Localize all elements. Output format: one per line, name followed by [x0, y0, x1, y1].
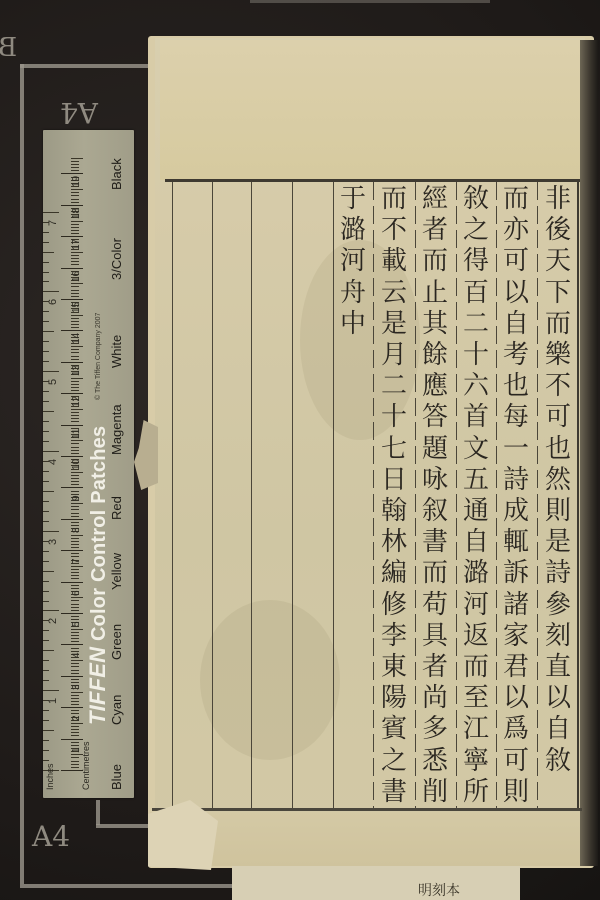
ruler-tick — [71, 663, 79, 664]
ruler-inch-tick — [43, 511, 49, 512]
glyph: 輒 — [497, 527, 535, 558]
glyph: 每 — [497, 402, 535, 433]
ruler-tick — [71, 440, 83, 441]
book-spine-shadow — [580, 40, 598, 866]
ruler-inch-number: 4 — [47, 459, 59, 465]
glyph: 首 — [457, 402, 495, 433]
tiffen-color-ruler: 123456789101112131415161718191234567 TIF… — [43, 130, 134, 798]
ruler-tick — [71, 641, 79, 642]
glyph: 二 — [457, 309, 495, 340]
ruler-tick — [71, 450, 79, 451]
ruler-tick — [71, 569, 79, 570]
glyph: 訴 — [497, 558, 535, 589]
ruler-tick — [71, 698, 79, 699]
glyph: 詩 — [497, 465, 535, 496]
ruler-inch-tick — [43, 291, 59, 292]
glyph: 寧 — [457, 746, 495, 777]
ruler-tick — [71, 695, 79, 696]
glyph: 君 — [497, 652, 535, 683]
glyph: 者 — [416, 215, 454, 246]
ruler-cm-number: 13 — [71, 365, 82, 376]
glyph: 以 — [497, 278, 535, 309]
glyph: 可 — [497, 746, 535, 777]
ruler-tick — [71, 572, 79, 573]
ruler-tick — [71, 421, 79, 422]
ruler-tick — [71, 723, 83, 724]
ruler-tick — [71, 478, 79, 479]
ruler-tick — [61, 173, 83, 174]
ruler-copyright: © The Tiffen Company 2007 — [95, 313, 102, 400]
glyph: 得 — [457, 246, 495, 277]
ruler-inch-number: 5 — [47, 379, 59, 385]
ruler-inch-tick — [43, 232, 49, 233]
ruler-inch-tick — [43, 421, 49, 422]
ruler-cm-number: 15 — [71, 302, 82, 313]
patch-label-magenta: Magenta — [109, 404, 124, 455]
ruler-inch-tick — [43, 501, 49, 502]
ruler-tick — [71, 378, 83, 379]
mat-label-b: B — [0, 33, 17, 63]
ruler-cm-number: 6 — [71, 590, 82, 596]
ruler-tick — [61, 236, 83, 237]
glyph: 之 — [375, 746, 413, 777]
ruler-inch-tick — [43, 341, 49, 342]
glyph: 而 — [497, 184, 535, 215]
column-rule — [172, 182, 173, 808]
ruler-tick — [71, 202, 79, 203]
ruler-tick — [61, 644, 83, 645]
ruler-tick — [71, 535, 83, 536]
ruler-tick — [61, 425, 83, 426]
glyph: 一 — [497, 434, 535, 465]
glyph: 刻 — [539, 621, 577, 652]
glyph: 也 — [539, 434, 577, 465]
ruler-inch-tick — [43, 740, 49, 741]
ruler-cm-number: 14 — [71, 333, 82, 344]
column-rule — [212, 182, 213, 808]
ruler-tick — [61, 613, 83, 614]
ruler-tick — [61, 330, 83, 331]
ruler-inch-tick — [43, 680, 49, 681]
glyph: 悉 — [416, 746, 454, 777]
ruler-tick — [71, 472, 83, 473]
glyph: 之 — [457, 215, 495, 246]
glyph: 河 — [457, 590, 495, 621]
mat-guide-line-top — [20, 64, 155, 68]
ruler-tick — [71, 761, 79, 762]
glyph: 林 — [375, 527, 413, 558]
mat-guide-line-top-edge — [250, 0, 490, 3]
mat-guide-line-left — [20, 64, 24, 884]
glyph: 咏 — [416, 465, 454, 496]
ruler-tick — [71, 255, 79, 256]
glyph: 敘 — [457, 184, 495, 215]
text-column-3: 敘之得百二十六首文五通自潞河返而至江寧所 — [457, 184, 495, 808]
glyph: 書 — [416, 527, 454, 558]
ruler-tick — [71, 610, 79, 611]
ruler-tick — [71, 261, 79, 262]
glyph: 然 — [539, 465, 577, 496]
ruler-tick — [61, 393, 83, 394]
ruler-inch-tick — [43, 750, 49, 751]
glyph: 其 — [416, 309, 454, 340]
glyph: 東 — [375, 652, 413, 683]
glyph: 經 — [416, 184, 454, 215]
ruler-cm-number: 9 — [71, 496, 82, 502]
glyph: 云 — [375, 278, 413, 309]
glyph: 江 — [457, 714, 495, 745]
ruler-tick — [71, 318, 79, 319]
glyph: 而 — [539, 309, 577, 340]
glyph: 直 — [539, 652, 577, 683]
text-column-6: 于潞河舟中 — [334, 184, 372, 340]
ruler-tick — [71, 195, 79, 196]
ruler-inch-tick — [43, 281, 49, 282]
glyph: 六 — [457, 371, 495, 402]
glyph: 後 — [539, 215, 577, 246]
ruler-inch-tick — [43, 561, 49, 562]
ruler-tick — [71, 412, 79, 413]
glyph: 河 — [334, 246, 372, 277]
glyph: 止 — [416, 278, 454, 309]
ruler-tick — [71, 387, 79, 388]
ruler-tick — [61, 676, 83, 677]
glyph: 文 — [457, 434, 495, 465]
ruler-inch-tick — [43, 760, 49, 761]
ruler-tick — [61, 456, 83, 457]
ruler-tick — [71, 356, 79, 357]
patch-label-yellow: Yellow — [109, 553, 124, 590]
ruler-tick — [71, 475, 79, 476]
ruler-tick — [71, 491, 79, 492]
glyph: 日 — [375, 465, 413, 496]
ruler-tick — [71, 604, 79, 605]
book-label-slip-text: 明刻本 — [418, 880, 460, 900]
ruler-inch-tick — [43, 391, 49, 392]
ruler-tick — [71, 264, 79, 265]
glyph: 不 — [375, 215, 413, 246]
glyph: 至 — [457, 683, 495, 714]
ruler-centimetres-label: Centimetres — [81, 741, 91, 790]
glyph: 非 — [539, 184, 577, 215]
glyph: 載 — [375, 246, 413, 277]
ruler-inch-tick — [43, 311, 49, 312]
ruler-cm-number: 3 — [71, 684, 82, 690]
ruler-tick — [71, 170, 79, 171]
ruler-tick — [71, 349, 79, 350]
glyph: 所 — [457, 777, 495, 808]
glyph: 可 — [497, 246, 535, 277]
ruler-tick — [71, 538, 79, 539]
text-column-2: 而亦可以自考也每一詩成輒訴諸家君以爲可則 — [497, 184, 535, 808]
ruler-inch-tick — [43, 321, 49, 322]
print-frame-bottom-border — [152, 808, 582, 811]
ruler-cm-number: 16 — [71, 270, 82, 281]
ruler-tick — [71, 352, 79, 353]
glyph: 成 — [497, 496, 535, 527]
ruler-tick — [71, 522, 79, 523]
ruler-inch-tick — [43, 451, 59, 452]
ruler-inch-tick — [43, 441, 49, 442]
glyph: 詩 — [539, 558, 577, 589]
ruler-tick — [71, 673, 79, 674]
text-column-4: 經者而止其餘應答題咏叙書而苟具者尚多悉削 — [416, 184, 454, 808]
ruler-inch-tick — [43, 640, 49, 641]
ruler-scale: 123456789101112131415161718191234567 — [43, 130, 83, 798]
ruler-inch-tick — [43, 272, 49, 273]
ruler-tick — [71, 293, 79, 294]
ruler-cm-number: 12 — [71, 396, 82, 407]
ruler-tick — [71, 600, 79, 601]
ruler-tick — [61, 707, 83, 708]
glyph: 尚 — [416, 683, 454, 714]
ruler-tick — [71, 321, 79, 322]
ruler-tick — [71, 588, 79, 589]
glyph: 賓 — [375, 714, 413, 745]
ruler-tick — [71, 541, 79, 542]
ruler-tick — [71, 704, 79, 705]
ruler-tick — [71, 252, 83, 253]
glyph: 叙 — [416, 496, 454, 527]
ruler-tick — [71, 648, 79, 649]
ruler-inch-tick — [43, 670, 49, 671]
ruler-tick — [71, 616, 79, 617]
ruler-inch-tick — [43, 531, 59, 532]
patch-label-blue: Blue — [109, 764, 124, 790]
ruler-tick — [71, 701, 79, 702]
ruler-tick — [71, 415, 79, 416]
ruler-cm-number: 11 — [71, 428, 82, 438]
glyph: 苟 — [416, 590, 454, 621]
ruler-inch-tick — [43, 690, 59, 691]
ruler-inch-tick — [43, 242, 49, 243]
mat-label-a4-top: A4 — [60, 96, 98, 129]
ruler-tick — [71, 192, 79, 193]
ruler-tick — [71, 629, 83, 630]
glyph: 爲 — [497, 714, 535, 745]
ruler-tick — [71, 227, 79, 228]
glyph: 餘 — [416, 340, 454, 371]
glyph: 自 — [497, 309, 535, 340]
patch-label-3color: 3/Color — [109, 238, 124, 280]
mat-guide-line-inner-bottom — [96, 824, 152, 828]
glyph: 不 — [539, 371, 577, 402]
paper-stain — [200, 600, 340, 760]
glyph: 也 — [497, 371, 535, 402]
ruler-inch-tick — [43, 431, 49, 432]
patch-label-black: Black — [109, 158, 124, 190]
glyph: 則 — [497, 777, 535, 808]
ruler-tick — [71, 327, 79, 328]
ruler-tick — [71, 726, 79, 727]
glyph: 翰 — [375, 496, 413, 527]
mat-label-a4-bottom: A4 — [32, 820, 70, 853]
glyph: 陽 — [375, 683, 413, 714]
glyph: 中 — [334, 309, 372, 340]
ruler-tick — [71, 578, 79, 579]
ruler-tick — [71, 682, 79, 683]
glyph: 題 — [416, 434, 454, 465]
ruler-tick — [71, 632, 79, 633]
ruler-tick — [61, 550, 83, 551]
ruler-inch-tick — [43, 361, 49, 362]
glyph: 考 — [497, 340, 535, 371]
ruler-tick — [61, 487, 83, 488]
glyph: 諸 — [497, 590, 535, 621]
ruler-tick — [71, 161, 79, 162]
ruler-tick — [71, 764, 79, 765]
glyph: 是 — [375, 309, 413, 340]
mat-guide-line-inner — [96, 800, 100, 825]
ruler-tick — [61, 205, 83, 206]
ruler-tick — [71, 324, 79, 325]
ruler-tick — [71, 164, 79, 165]
ruler-tick — [71, 666, 79, 667]
ruler-tick — [71, 346, 83, 347]
ruler-inch-number: 1 — [47, 698, 59, 704]
ruler-tick — [71, 575, 79, 576]
ruler-tick — [71, 585, 79, 586]
ruler-tick — [71, 597, 83, 598]
ruler-tick — [71, 481, 79, 482]
ruler-tick — [71, 710, 79, 711]
ruler-cm-number: 7 — [71, 559, 82, 565]
ruler-tick — [71, 506, 79, 507]
ruler-tick — [71, 735, 79, 736]
ruler-tick — [71, 359, 79, 360]
glyph: 多 — [416, 714, 454, 745]
ruler-tick — [71, 443, 79, 444]
ruler-tick — [61, 268, 83, 269]
ruler-tick — [71, 221, 83, 222]
ruler-inch-tick — [43, 401, 49, 402]
ruler-tick — [71, 742, 79, 743]
patch-label-green: Green — [109, 624, 124, 660]
glyph: 百 — [457, 278, 495, 309]
ruler-inch-tick — [43, 610, 59, 611]
ruler-inches-label: Inches — [45, 763, 55, 790]
glyph: 參 — [539, 590, 577, 621]
ruler-tick — [71, 660, 83, 661]
glyph: 家 — [497, 621, 535, 652]
glyph: 具 — [416, 621, 454, 652]
glyph: 天 — [539, 246, 577, 277]
ruler-tick — [71, 547, 79, 548]
ruler-inch-tick — [43, 551, 49, 552]
ruler-tick — [71, 525, 79, 526]
ruler-tick — [71, 692, 83, 693]
glyph: 下 — [539, 278, 577, 309]
ruler-tick — [71, 230, 79, 231]
ruler-tick — [71, 670, 79, 671]
ruler-tick — [71, 390, 79, 391]
ruler-inch-tick — [43, 591, 49, 592]
ruler-inch-tick — [43, 660, 49, 661]
ruler-inch-tick — [43, 371, 59, 372]
ruler-cm-number: 10 — [71, 459, 82, 470]
ruler-inch-tick — [43, 481, 49, 482]
glyph: 通 — [457, 496, 495, 527]
glyph: 者 — [416, 652, 454, 683]
ruler-tick — [71, 418, 79, 419]
glyph: 月 — [375, 340, 413, 371]
ruler-inch-tick — [43, 650, 54, 651]
glyph: 返 — [457, 621, 495, 652]
ruler-cm-number: 19 — [71, 176, 82, 187]
glyph: 應 — [416, 371, 454, 402]
ruler-tick — [71, 484, 79, 485]
ruler-tick — [71, 553, 79, 554]
glyph: 潞 — [334, 215, 372, 246]
glyph: 二 — [375, 371, 413, 402]
glyph: 則 — [539, 496, 577, 527]
ruler-inch-number: 3 — [47, 539, 59, 545]
glyph: 答 — [416, 402, 454, 433]
patch-label-white: White — [109, 335, 124, 368]
glyph: 以 — [539, 683, 577, 714]
ruler-tick — [71, 638, 79, 639]
ruler-inch-tick — [43, 262, 49, 263]
ruler-tick — [71, 447, 79, 448]
book-label-slip — [232, 866, 520, 900]
ruler-inch-tick — [43, 601, 49, 602]
ruler-inch-tick — [43, 411, 54, 412]
ruler-inch-tick — [43, 720, 49, 721]
ruler-brand-text: TIFFEN Color Control Patches — [85, 426, 111, 725]
ruler-inch-tick — [43, 351, 49, 352]
ruler-inch-tick — [43, 581, 49, 582]
print-frame-right-border — [577, 179, 579, 809]
ruler-tick — [71, 315, 83, 316]
ruler-inch-tick — [43, 710, 49, 711]
ruler-cm-number: 5 — [71, 621, 82, 627]
glyph: 可 — [539, 402, 577, 433]
ruler-tick — [71, 167, 79, 168]
ruler-tick — [71, 745, 79, 746]
ruler-tick — [71, 732, 79, 733]
ruler-tick — [71, 409, 83, 410]
ruler-tick — [71, 224, 79, 225]
text-column-5: 而不載云是月二十七日翰林編修李東陽賓之書 — [375, 184, 413, 808]
ruler-tick — [71, 233, 79, 234]
ruler-tick — [71, 509, 79, 510]
ruler-tick — [71, 729, 79, 730]
ruler-tick — [71, 381, 79, 382]
glyph: 自 — [457, 527, 495, 558]
glyph: 五 — [457, 465, 495, 496]
ruler-tick — [71, 258, 79, 259]
ruler-tick — [71, 544, 79, 545]
text-column-1: 非後天下而樂不可也然則是詩參刻直以自敘 — [539, 184, 577, 777]
ruler-tick — [71, 453, 79, 454]
ruler-tick — [71, 635, 79, 636]
ruler-tick — [71, 607, 79, 608]
ruler-tick — [71, 384, 79, 385]
ruler-tick — [61, 362, 83, 363]
glyph: 編 — [375, 558, 413, 589]
ruler-tick — [71, 767, 79, 768]
ruler-cm-number: 2 — [71, 716, 82, 722]
ruler-product-name: Color Control Patches — [88, 426, 110, 641]
tiffen-logo: TIFFEN — [85, 647, 110, 725]
ruler-inch-tick — [43, 331, 54, 332]
patch-label-red: Red — [109, 496, 124, 520]
column-rule — [373, 182, 374, 808]
ruler-cm-number: 8 — [71, 527, 82, 533]
ruler-inch-number: 2 — [47, 618, 59, 624]
patch-label-cyan: Cyan — [109, 695, 124, 725]
ruler-tick — [71, 296, 79, 297]
